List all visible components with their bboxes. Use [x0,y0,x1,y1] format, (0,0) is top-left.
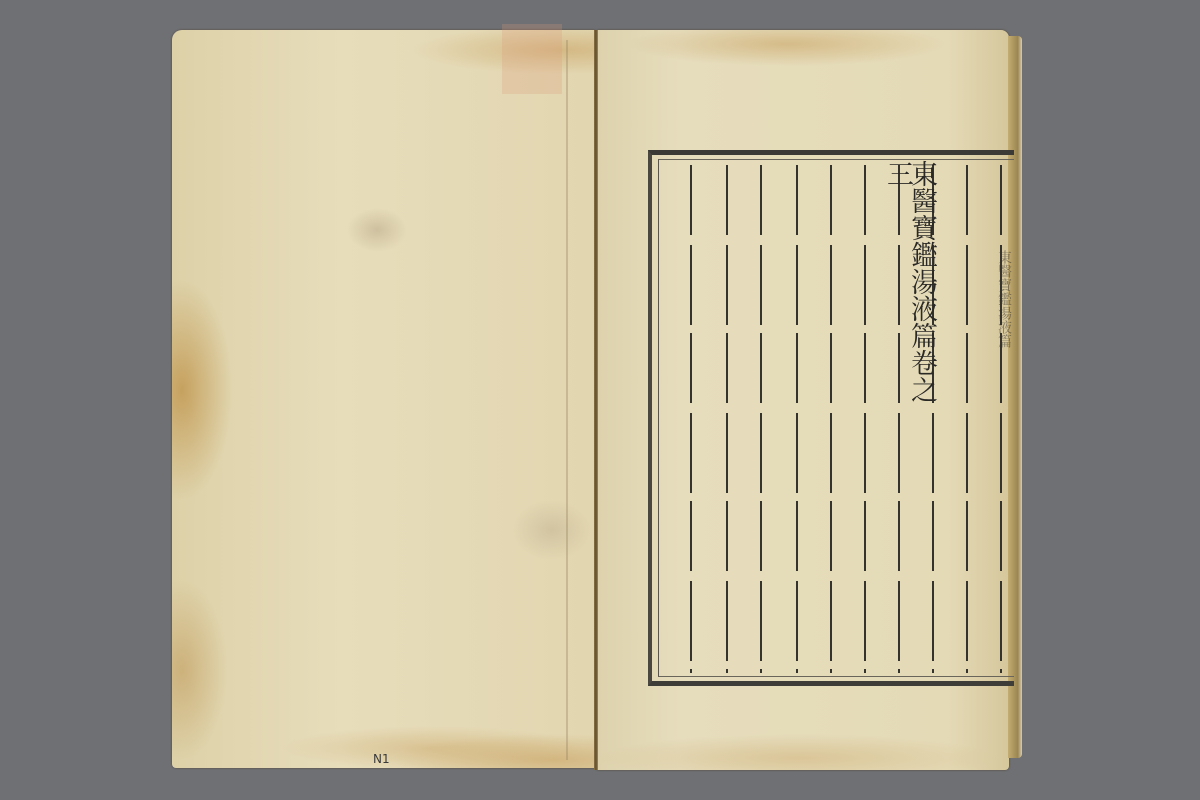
column-rule [830,165,832,673]
column-rule [796,165,798,673]
column-rule [864,165,866,673]
column-rule [690,165,692,673]
book-gutter [594,30,598,770]
left-page [172,30,595,768]
faded-seal-stamp [502,24,562,94]
page-crease [566,40,568,760]
bottom-ink-mark: N1 [373,752,390,766]
column-rule [966,165,968,673]
book-spread: 東醫寶鑑湯液篇卷之三 東醫寶鑑湯液篇 N1 [0,0,1200,800]
bleed-through-spine-text: 東醫寶鑑湯液篇 [998,250,1014,490]
column-rule [760,165,762,673]
printed-column-frame [648,150,1014,686]
column-rule [726,165,728,673]
volume-title: 東醫寶鑑湯液篇卷之三 [893,160,933,410]
frame-inner-border [658,159,1014,677]
